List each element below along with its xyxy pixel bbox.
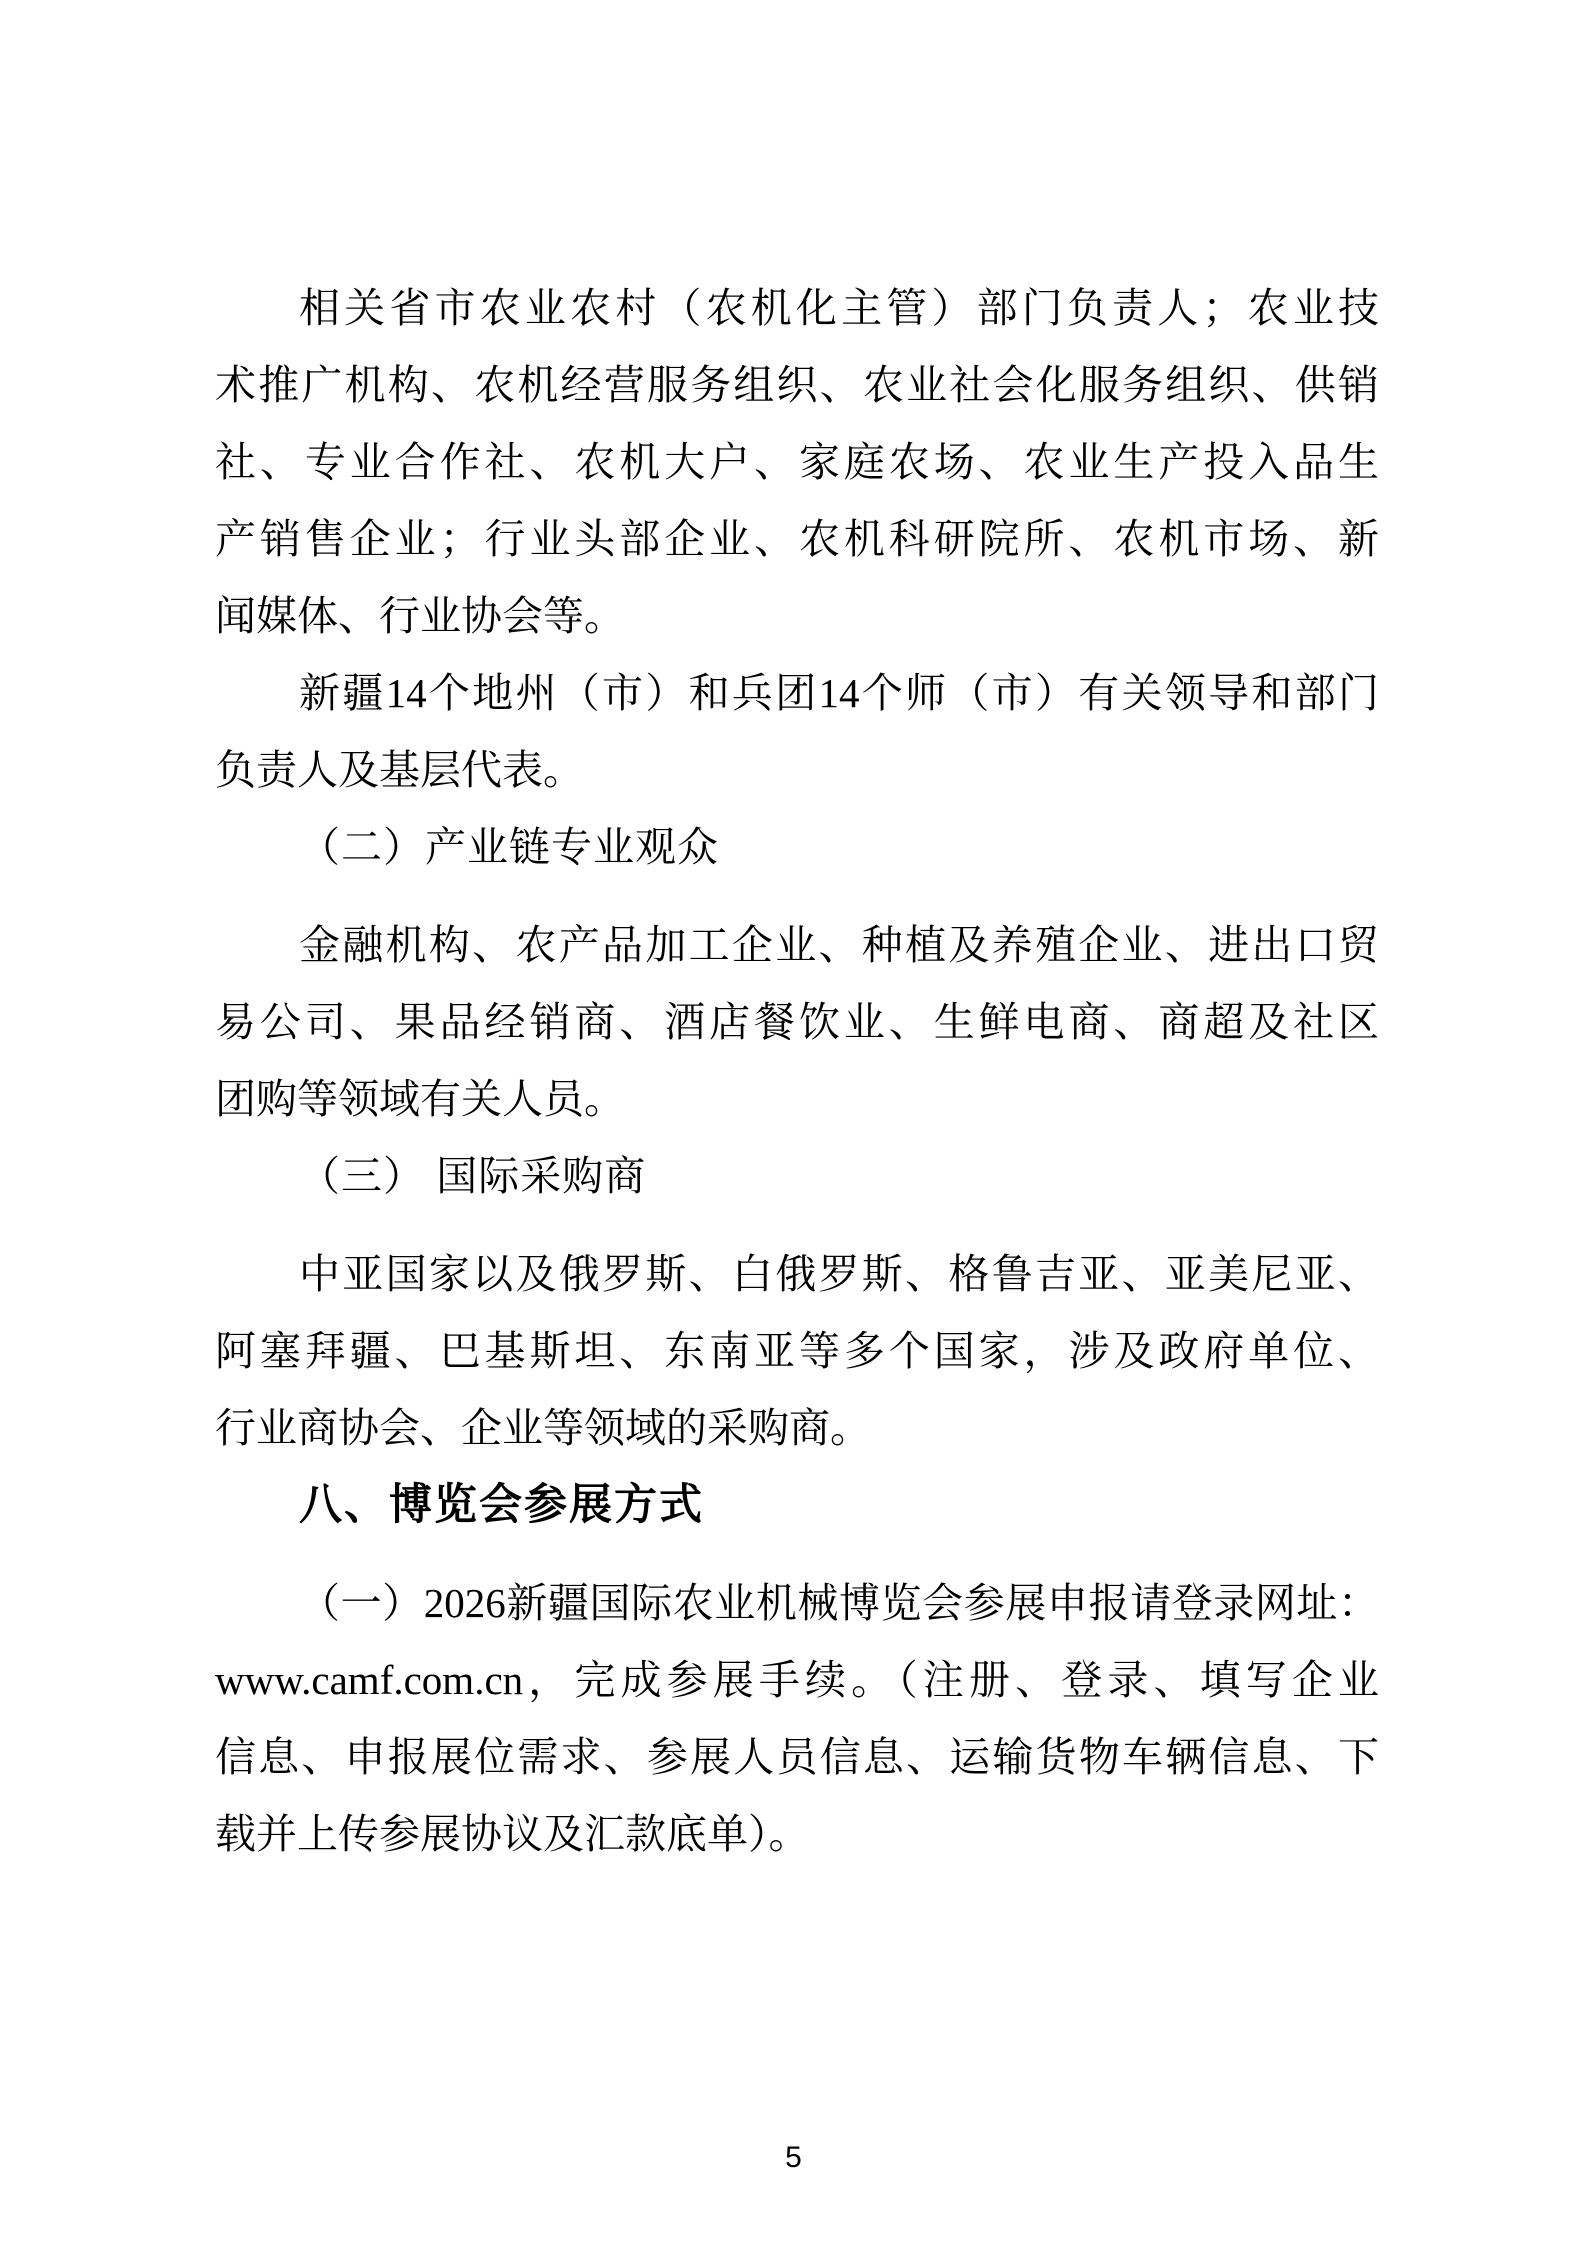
text-line: 闻媒体、行业协会等。 xyxy=(215,578,1379,655)
text-line: 金融机构、农产品加工企业、种植及养殖企业、进出口贸 xyxy=(215,907,1379,984)
text-line: 社、专业合作社、农机大户、家庭农场、农业生产投入品生 xyxy=(215,424,1379,501)
document-page: 相关省市农业农村（农机化主管）部门负责人；农业技 术推广机构、农机经营服务组织、… xyxy=(0,0,1587,2245)
text-line: 新疆14个地州（市）和兵团14个师（市）有关领导和部门 xyxy=(215,655,1379,732)
text-line: 阿塞拜疆、巴基斯坦、东南亚等多个国家，涉及政府单位、 xyxy=(215,1313,1379,1390)
section-heading-participation-method: 八、博览会参展方式 xyxy=(215,1467,1379,1544)
page-number: 5 xyxy=(0,2138,1587,2178)
text-line: 负责人及基层代表。 xyxy=(215,732,1379,809)
text-line: 行业商协会、企业等领域的采购商。 xyxy=(215,1390,1379,1467)
text-line-with-url: www.camf.com.cn，完成参展手续。（注册、登录、填写企业 xyxy=(215,1642,1379,1719)
text-line: 信息、申报展位需求、参展人员信息、运输货物车辆信息、下 xyxy=(215,1719,1379,1796)
document-body: 相关省市农业农村（农机化主管）部门负责人；农业技 术推广机构、农机经营服务组织、… xyxy=(215,270,1379,1873)
text-line: 术推广机构、农机经营服务组织、农业社会化服务组织、供销 xyxy=(215,347,1379,424)
subsection-heading-industry-chain-visitors: （二）产业链专业观众 xyxy=(215,809,1379,886)
text-line: 易公司、果品经销商、酒店餐饮业、生鲜电商、商超及社区 xyxy=(215,984,1379,1061)
text-line: 相关省市农业农村（农机化主管）部门负责人；农业技 xyxy=(215,270,1379,347)
text-line: （一）2026新疆国际农业机械博览会参展申报请登录网址： xyxy=(215,1565,1379,1642)
text-line: 产销售企业；行业头部企业、农机科研院所、农机市场、新 xyxy=(215,501,1379,578)
text-line: 中亚国家以及俄罗斯、白俄罗斯、格鲁吉亚、亚美尼亚、 xyxy=(215,1236,1379,1313)
text-line: 团购等领域有关人员。 xyxy=(215,1061,1379,1138)
subsection-heading-international-buyers: （三） 国际采购商 xyxy=(215,1138,1379,1215)
text-line: 载并上传参展协议及汇款底单）。 xyxy=(215,1796,1379,1873)
